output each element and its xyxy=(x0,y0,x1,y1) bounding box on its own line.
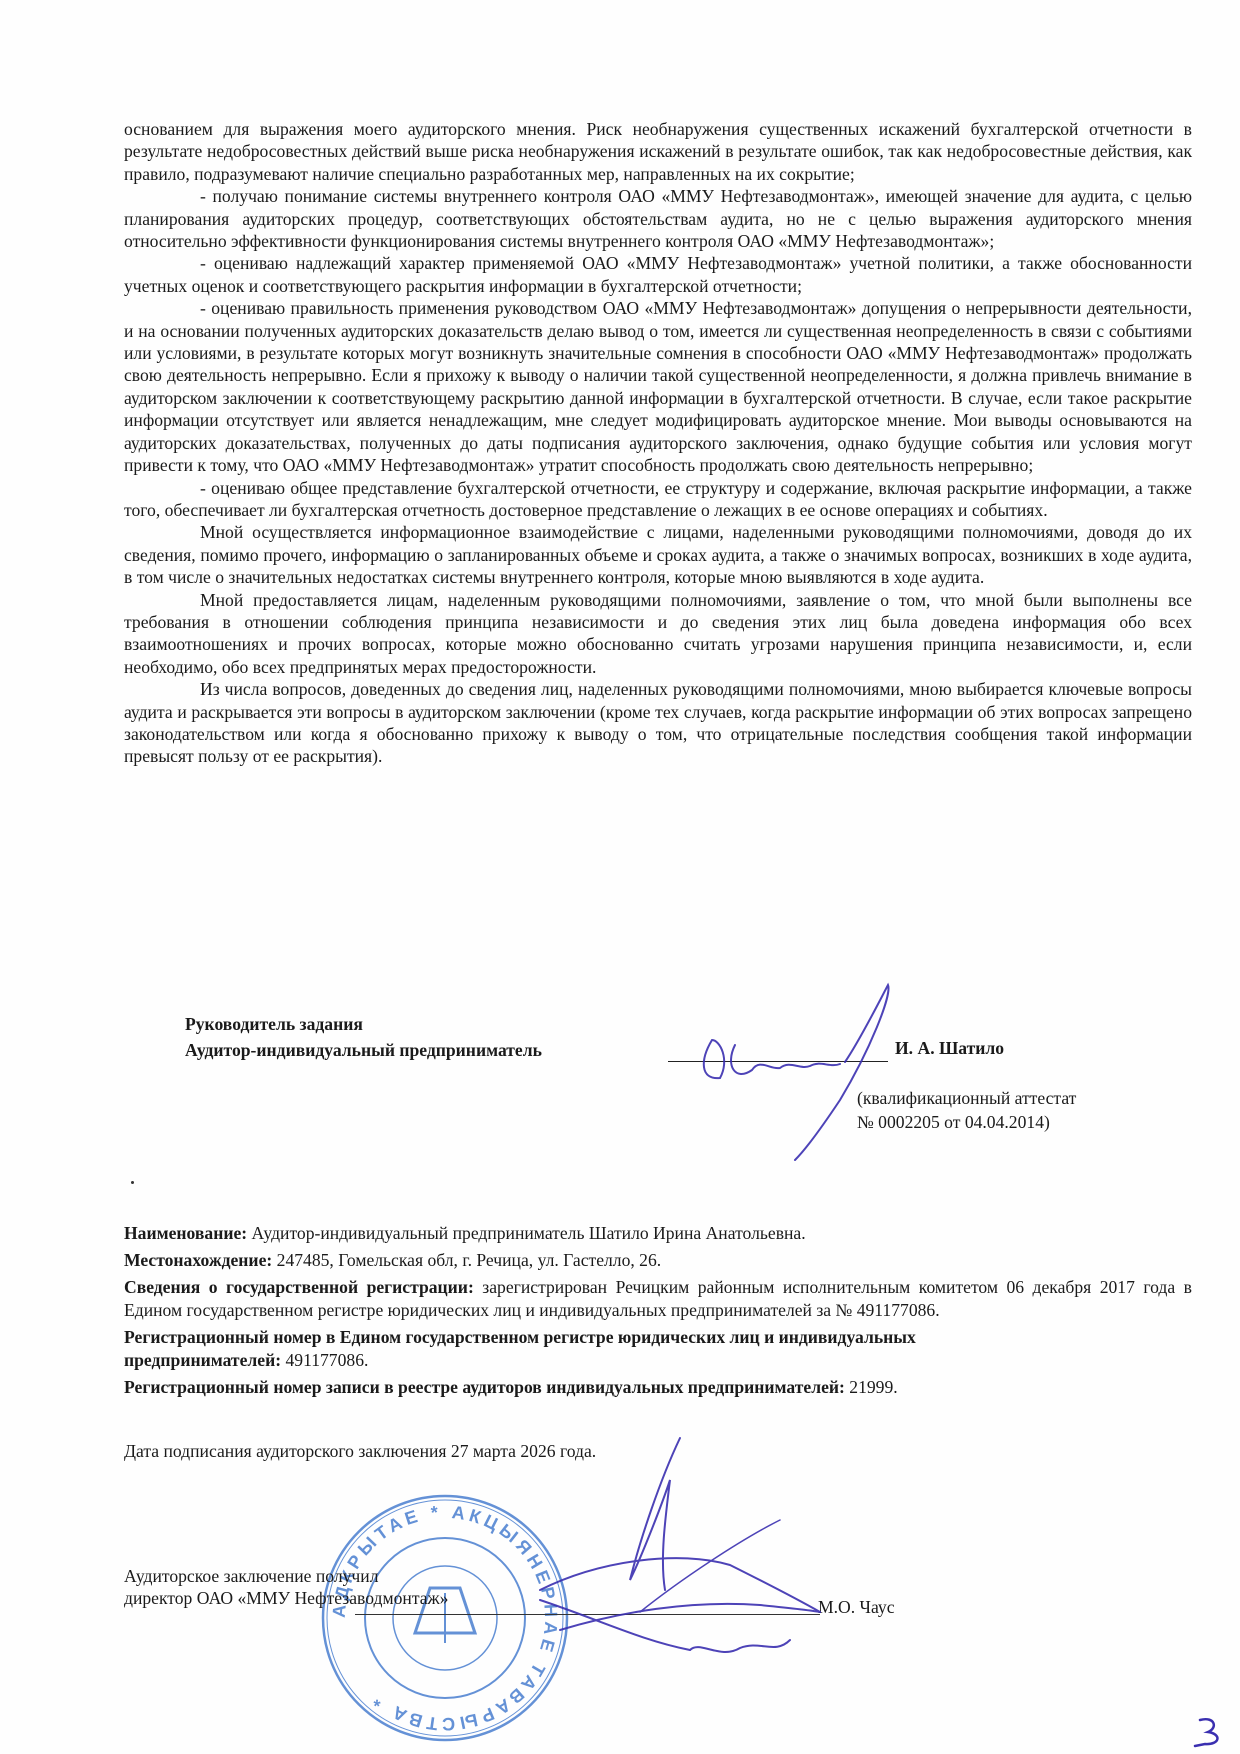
qualification-certificate: (квалификационный аттестат № 0002205 от … xyxy=(857,1086,1076,1134)
recipient-line-1: Аудиторское заключение получил xyxy=(124,1565,448,1587)
auditor-role: Руководитель задания Аудитор-индивидуаль… xyxy=(185,1011,542,1063)
info-reg-number: Регистрационный номер в Едином государст… xyxy=(124,1326,1192,1372)
recipient-block: Аудиторское заключение получил директор … xyxy=(124,1565,448,1609)
page-number-icon xyxy=(1195,1719,1217,1746)
recipient-signature-icon xyxy=(540,1438,820,1652)
role-line-1: Руководитель задания xyxy=(185,1011,542,1037)
cert-line-2: № 0002205 от 04.04.2014) xyxy=(857,1110,1076,1134)
info-name: Наименование: Аудитор-индивидуальный пре… xyxy=(124,1222,1192,1245)
paragraph: - получаю понимание системы внутреннего … xyxy=(124,185,1192,252)
paragraph: Мной осуществляется информационное взаим… xyxy=(124,521,1192,588)
audit-report-body: основанием для выражения моего аудиторск… xyxy=(124,118,1192,768)
paragraph: - оцениваю общее представление бухгалтер… xyxy=(124,477,1192,522)
paragraph: - оцениваю надлежащий характер применяем… xyxy=(124,252,1192,297)
info-registration: Сведения о государственной регистрации: … xyxy=(124,1276,1192,1322)
recipient-signature-line xyxy=(355,1614,820,1615)
cert-line-1: (квалификационный аттестат xyxy=(857,1086,1076,1110)
auditor-name: И. А. Шатило xyxy=(895,1038,1004,1059)
document-page: основанием для выражения моего аудиторск… xyxy=(0,0,1240,1754)
recipient-name: М.О. Чаус xyxy=(818,1597,895,1618)
paragraph: - оцениваю правильность применения руков… xyxy=(124,297,1192,476)
info-location: Местонахождение: 247485, Гомельская обл,… xyxy=(124,1249,1192,1272)
role-line-2: Аудитор-индивидуальный предприниматель xyxy=(185,1037,542,1063)
recipient-line-2: директор ОАО «ММУ Нефтезаводмонтаж» xyxy=(124,1587,448,1609)
paragraph: основанием для выражения моего аудиторск… xyxy=(124,118,1192,185)
stray-dot xyxy=(131,1181,134,1184)
paragraph: Мной предоставляется лицам, наделенным р… xyxy=(124,589,1192,679)
info-registry-number: Регистрационный номер записи в реестре а… xyxy=(124,1376,1192,1399)
auditor-info-block: Наименование: Аудитор-индивидуальный пре… xyxy=(124,1222,1192,1403)
paragraph: Из числа вопросов, доведенных до сведени… xyxy=(124,678,1192,768)
signature-line xyxy=(668,1061,888,1062)
signing-date: Дата подписания аудиторского заключения … xyxy=(124,1441,596,1462)
company-stamp: АДКРЫТАЕ * АКЦЫЯНЕРНАЕ ТАВАРЫСТВА * xyxy=(320,1493,570,1743)
